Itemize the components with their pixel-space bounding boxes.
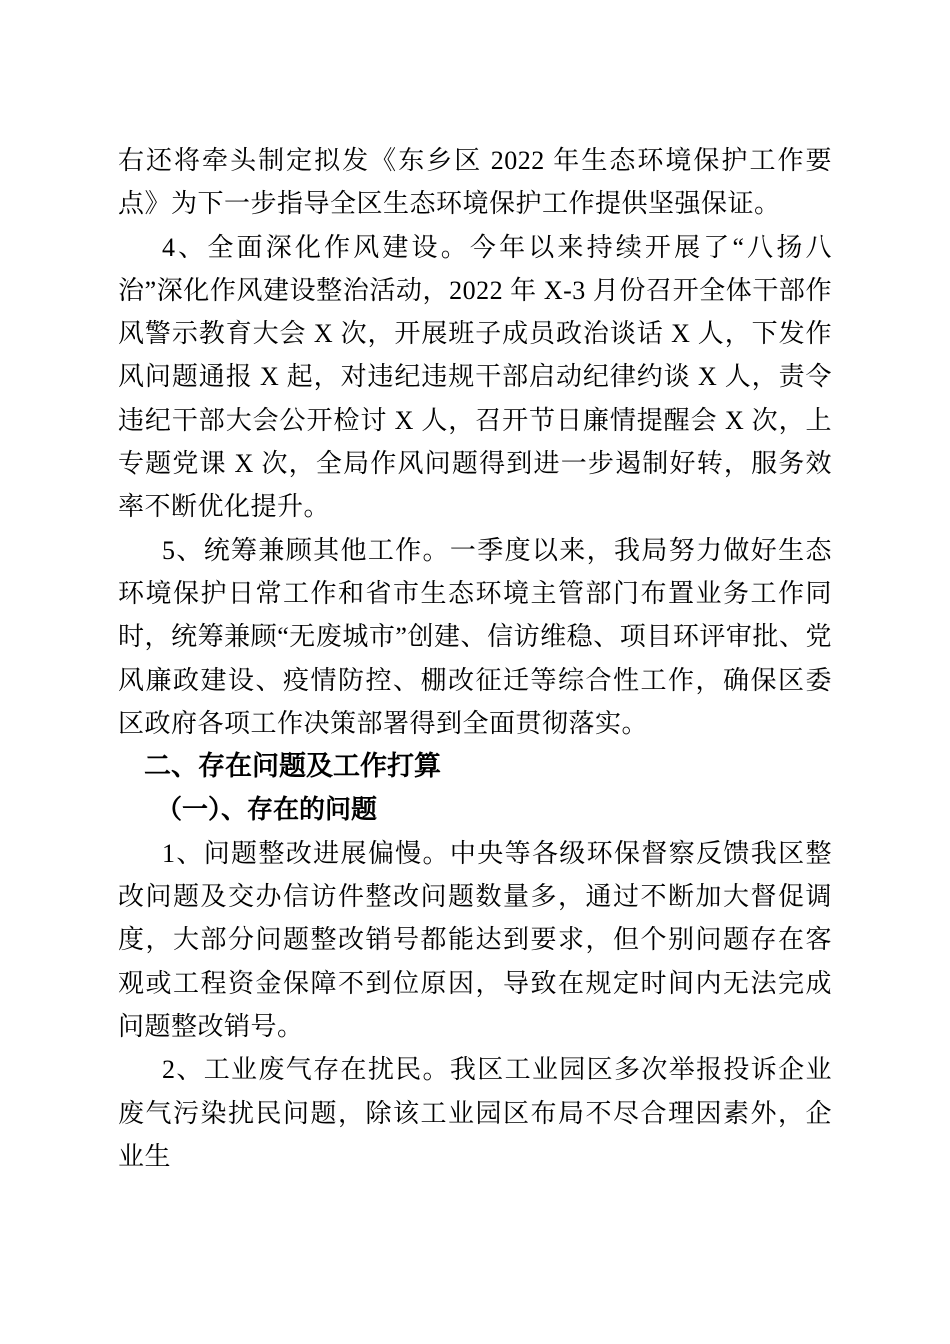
section-heading-problems-and-plans: 二、存在问题及工作打算	[118, 745, 832, 788]
paragraph-continuation: 右还将牵头制定拟发《东乡区 2022 年生态环境保护工作要点》为下一步指导全区生…	[118, 139, 832, 226]
paragraph-item-5-other-work: 5、统筹兼顾其他工作。一季度以来，我局努力做好生态环境保护日常工作和省市生态环境…	[118, 529, 832, 745]
paragraph-item-4-work-style: 4、全面深化作风建设。今年以来持续开展了“八扬八治”深化作风建设整治活动，202…	[118, 226, 832, 529]
subsection-heading-existing-problems: （一）、存在的问题	[118, 788, 832, 831]
paragraph-problem-2-industrial-exhaust: 2、工业废气存在扰民。我区工业园区多次举报投诉企业废气污染扰民问题，除该工业园区…	[118, 1048, 832, 1178]
paragraph-problem-1-rectification: 1、问题整改进展偏慢。中央等各级环保督察反馈我区整改问题及交办信访件整改问题数量…	[118, 832, 832, 1048]
page-content: 右还将牵头制定拟发《东乡区 2022 年生态环境保护工作要点》为下一步指导全区生…	[0, 0, 950, 1178]
document-page: 右还将牵头制定拟发《东乡区 2022 年生态环境保护工作要点》为下一步指导全区生…	[0, 0, 950, 1344]
